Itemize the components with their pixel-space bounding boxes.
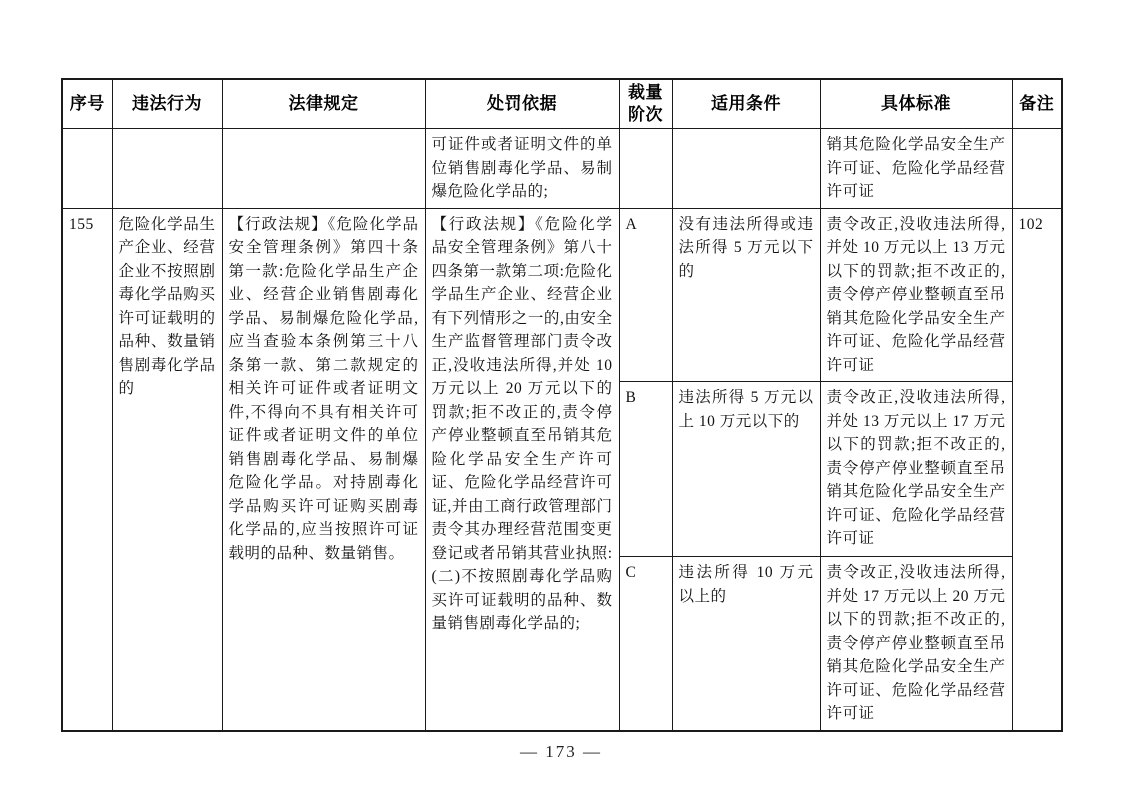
empty-cell bbox=[112, 129, 222, 209]
header-applicable-condition: 适用条件 bbox=[672, 79, 820, 129]
empty-cell bbox=[1012, 129, 1062, 209]
standard-b: 责令改正,没收违法所得,并处 13 万元以上 17 万元以下的罚款;拒不改正的,… bbox=[820, 382, 1012, 557]
empty-cell bbox=[62, 129, 112, 209]
header-illegal-act: 违法行为 bbox=[112, 79, 222, 129]
tier-level-a: A bbox=[619, 208, 672, 382]
header-serial-number: 序号 bbox=[62, 79, 112, 129]
document-page: 序号 违法行为 法律规定 处罚依据 裁量阶次 适用条件 具体标准 备注 可证件或… bbox=[0, 0, 1122, 793]
condition-b: 违法所得 5 万元以上 10 万元以下的 bbox=[672, 382, 820, 557]
header-legal-provision: 法律规定 bbox=[222, 79, 425, 129]
penalty-basis-cell: 【行政法规】《危险化学品安全管理条例》第八十四条第一款第二项:危险化学品生产企业… bbox=[425, 208, 619, 731]
tier-level-b: B bbox=[619, 382, 672, 557]
header-discretion-tier: 裁量阶次 bbox=[619, 79, 672, 129]
empty-cell bbox=[619, 129, 672, 209]
header-specific-standard: 具体标准 bbox=[820, 79, 1012, 129]
penalty-discretion-table: 序号 违法行为 法律规定 处罚依据 裁量阶次 适用条件 具体标准 备注 可证件或… bbox=[61, 78, 1063, 732]
carryover-penalty-basis: 可证件或者证明文件的单位销售剧毒化学品、易制爆危险化学品的; bbox=[425, 129, 619, 209]
carryover-row: 可证件或者证明文件的单位销售剧毒化学品、易制爆危险化学品的; 销其危险化学品安全… bbox=[62, 129, 1062, 209]
table-header-row: 序号 违法行为 法律规定 处罚依据 裁量阶次 适用条件 具体标准 备注 bbox=[62, 79, 1062, 129]
standard-c: 责令改正,没收违法所得,并处 17 万元以上 20 万元以下的罚款;拒不改正的,… bbox=[820, 557, 1012, 731]
condition-c: 违法所得 10 万元以上的 bbox=[672, 557, 820, 731]
remarks-cell: 102 bbox=[1012, 208, 1062, 731]
standard-a: 责令改正,没收违法所得,并处 10 万元以上 13 万元以下的罚款;拒不改正的,… bbox=[820, 208, 1012, 382]
legal-provision-cell: 【行政法规】《危险化学品安全管理条例》第四十条第一款:危险化学品生产企业、经营企… bbox=[222, 208, 425, 731]
condition-a: 没有违法所得或违法所得 5 万元以下的 bbox=[672, 208, 820, 382]
empty-cell bbox=[672, 129, 820, 209]
serial-number-cell: 155 bbox=[62, 208, 112, 731]
header-remarks: 备注 bbox=[1012, 79, 1062, 129]
empty-cell bbox=[222, 129, 425, 209]
tier-row-a: 155 危险化学品生产企业、经营企业不按照剧毒化学品购买许可证载明的品种、数量销… bbox=[62, 208, 1062, 382]
carryover-specific-standard: 销其危险化学品安全生产许可证、危险化学品经营许可证 bbox=[820, 129, 1012, 209]
page-number: — 173 — bbox=[0, 742, 1122, 762]
tier-level-c: C bbox=[619, 557, 672, 731]
header-penalty-basis: 处罚依据 bbox=[425, 79, 619, 129]
illegal-act-cell: 危险化学品生产企业、经营企业不按照剧毒化学品购买许可证载明的品种、数量销售剧毒化… bbox=[112, 208, 222, 731]
